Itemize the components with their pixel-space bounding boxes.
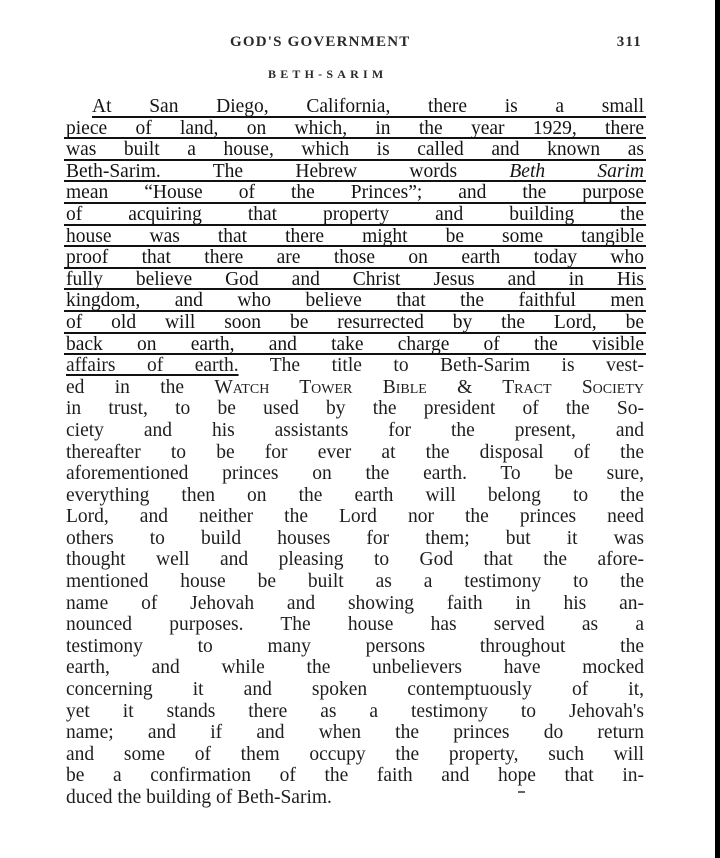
text-line: be a confirmation of the faith and hope … (66, 765, 644, 787)
text-line-underlined: piece of land, on which, in the year 192… (66, 118, 644, 140)
text-line: name of Jehovah and showing faith in his… (66, 593, 644, 615)
italic-hebrew-words: Beth Sarim (509, 161, 644, 182)
text-line: earth, and while the unbelievers have mo… (66, 657, 644, 679)
text-line: nounced purposes. The house has served a… (66, 614, 644, 636)
text-line-underlined: kingdom, and who believe that the faithf… (66, 290, 644, 312)
running-head-title: GOD'S GOVERNMENT (230, 34, 410, 51)
text-line: thought well and pleasing to God that th… (66, 549, 644, 571)
text-line-underlined: proof that there are those on earth toda… (66, 247, 644, 269)
running-head: GOD'S GOVERNMENT 311 (230, 34, 642, 54)
text-span: The title to Beth-Sarim is vest- (239, 355, 644, 376)
text-span: Beth-Sarim. The Hebrew words (66, 161, 509, 182)
text-line-underlined: of acquiring that property and building … (66, 204, 644, 226)
text-line-last: duced the building of Beth-Sarim. (66, 787, 644, 809)
text-line: ciety and his assistants for the present… (66, 420, 644, 442)
text-line-underlined: fully believe God and Christ Jesus and i… (66, 269, 644, 291)
text-line: thereafter to be for ever at the disposa… (66, 442, 644, 464)
text-line: testimony to many persons throughout the (66, 636, 644, 658)
text-line-underlined: Beth-Sarim. The Hebrew words Beth Sarim (66, 161, 644, 183)
page-number: 311 (617, 34, 642, 51)
text-line-underlined: mean “House of the Princes”; and the pur… (66, 182, 644, 204)
scan-artifact (518, 791, 525, 793)
text-line: concerning it and spoken contemptuously … (66, 679, 644, 701)
text-line: in trust, to be used by the president of… (66, 398, 644, 420)
text-line: everything then on the earth will belong… (66, 485, 644, 507)
text-line: affairs of earth. The title to Beth-Sari… (66, 355, 644, 377)
text-line-underlined: of old will soon be resurrected by the L… (66, 312, 644, 334)
text-line: Lord, and neither the Lord nor the princ… (66, 506, 644, 528)
underlined-span: affairs of earth. (66, 355, 239, 376)
text-line: aforementioned princes on the earth. To … (66, 463, 644, 485)
text-span: ed in the (66, 377, 214, 398)
text-line: mentioned house be built as a testimony … (66, 571, 644, 593)
text-line-underlined: was built a house, which is called and k… (66, 139, 644, 161)
body-paragraph: At San Diego, California, there is a sma… (66, 96, 644, 809)
scan-border (715, 0, 720, 858)
organization-name: Watch Tower Bible & Tract Society (214, 377, 644, 398)
text-line-underlined: back on earth, and take charge of the vi… (66, 334, 644, 356)
text-line: ed in the Watch Tower Bible & Tract Soci… (66, 377, 644, 399)
text-line: yet it stands there as a testimony to Je… (66, 701, 644, 723)
book-page: GOD'S GOVERNMENT 311 BETH-SARIM At San D… (0, 0, 715, 858)
section-heading: BETH-SARIM (268, 67, 387, 82)
text-line-underlined: At San Diego, California, there is a sma… (66, 96, 644, 118)
text-line: name; and if and when the princes do ret… (66, 722, 644, 744)
text-line: and some of them occupy the property, su… (66, 744, 644, 766)
text-line: others to build houses for them; but it … (66, 528, 644, 550)
text-line-underlined: house was that there might be some tangi… (66, 226, 644, 248)
